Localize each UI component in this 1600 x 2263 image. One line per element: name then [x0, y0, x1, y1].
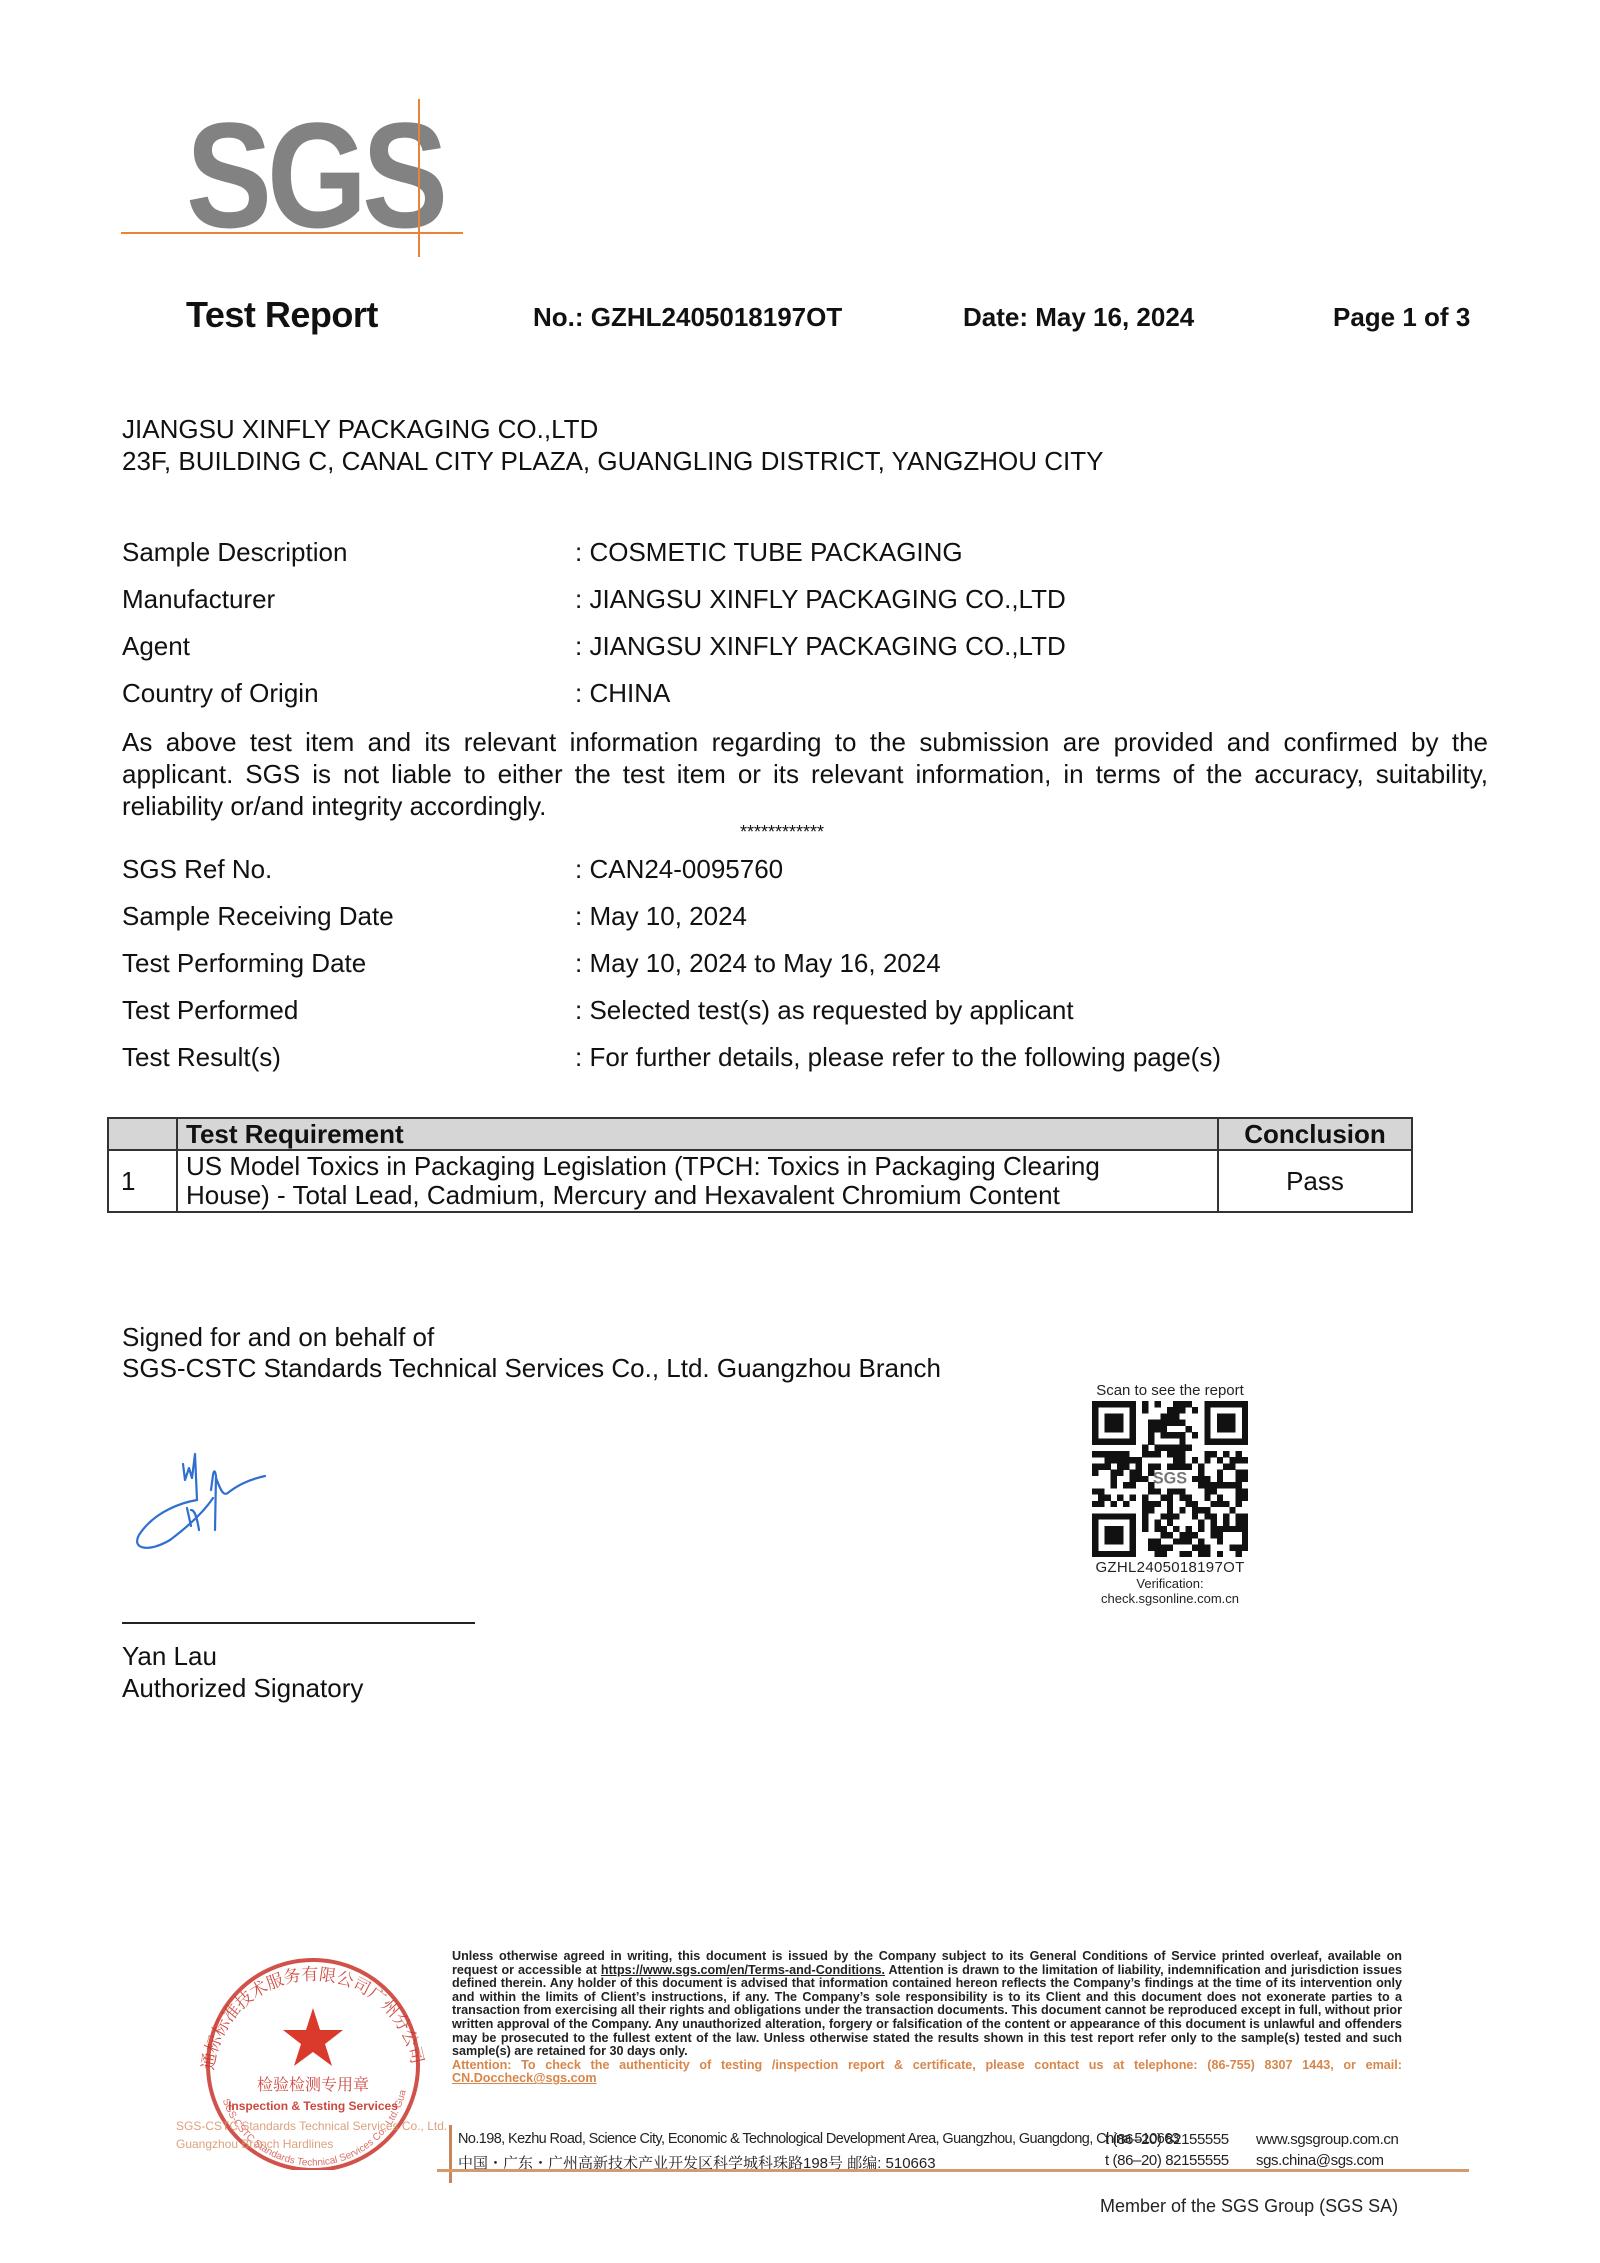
field-value-manufacturer: : JIANGSU XINFLY PACKAGING CO.,LTD	[575, 584, 1066, 615]
table-header-row: Test Requirement Conclusion	[108, 1118, 1412, 1150]
svg-text:Guangzhou Branch Hardlines: Guangzhou Branch Hardlines	[176, 2137, 333, 2151]
legal-terms-text: Unless otherwise agreed in writing, this…	[452, 1950, 1402, 2086]
header-conclusion: Conclusion	[1218, 1118, 1412, 1150]
page-indicator: Page 1 of 3	[1333, 302, 1470, 333]
field-value-country-of-origin: : CHINA	[575, 678, 670, 709]
field-value-test-performed: : Selected test(s) as requested by appli…	[575, 995, 1074, 1026]
row-conclusion: Pass	[1218, 1150, 1412, 1212]
signed-for-label: Signed for and on behalf of	[122, 1322, 434, 1353]
field-label-test-performing-date: Test Performing Date	[122, 948, 366, 979]
handwritten-signature	[125, 1430, 365, 1560]
signer-title: Authorized Signatory	[122, 1673, 363, 1704]
row-number: 1	[108, 1150, 177, 1212]
footer-telephone-2: t (86–20) 82155555	[1105, 2152, 1229, 2169]
field-label-sample-description: Sample Description	[122, 537, 347, 568]
footer-email-link[interactable]: sgs.china@sgs.com	[1256, 2152, 1384, 2169]
requirement-line-1: US Model Toxics in Packaging Legislation…	[186, 1152, 1209, 1181]
qr-caption: Scan to see the report	[1080, 1382, 1260, 1399]
qr-verification-label: Verification:	[1080, 1576, 1260, 1591]
signing-company: SGS-CSTC Standards Technical Services Co…	[122, 1353, 941, 1384]
sgs-logo: SGS	[0, 0, 500, 270]
sgs-logo-text: SGS	[186, 100, 443, 250]
field-label-sample-receiving-date: Sample Receiving Date	[122, 901, 394, 932]
applicant-address: 23F, BUILDING C, CANAL CITY PLAZA, GUANG…	[122, 446, 1103, 477]
field-value-test-results: : For further details, please refer to t…	[575, 1042, 1221, 1073]
logo-horizontal-rule	[121, 232, 463, 234]
header-test-requirement: Test Requirement	[177, 1118, 1218, 1150]
field-value-sgs-ref-no: : CAN24-0095760	[575, 854, 783, 885]
table-row: 1 US Model Toxics in Packaging Legislati…	[108, 1150, 1412, 1212]
logo-vertical-rule	[418, 99, 420, 257]
field-label-test-results: Test Result(s)	[122, 1042, 281, 1073]
field-value-sample-description: : COSMETIC TUBE PACKAGING	[575, 537, 963, 568]
terms-link[interactable]: https://www.sgs.com/en/Terms-and-Conditi…	[601, 1963, 885, 1977]
section-separator: ************	[740, 822, 824, 843]
footer-accent-bar	[449, 2125, 452, 2183]
field-label-manufacturer: Manufacturer	[122, 584, 275, 615]
report-number: No.: GZHL2405018197OT	[533, 302, 842, 333]
applicant-name: JIANGSU XINFLY PACKAGING CO.,LTD	[122, 414, 598, 445]
header-number	[108, 1118, 177, 1150]
field-label-country-of-origin: Country of Origin	[122, 678, 319, 709]
sgs-group-membership: Member of the SGS Group (SGS SA)	[1100, 2196, 1398, 2217]
company-seal-stamp: 通标标准技术服务有限公司广州分公司 检验检测专用章 Inspection & T…	[168, 1940, 458, 2170]
field-label-agent: Agent	[122, 631, 190, 662]
field-label-test-performed: Test Performed	[122, 995, 298, 1026]
field-value-test-performing-date: : May 10, 2024 to May 16, 2024	[575, 948, 941, 979]
field-value-sample-receiving-date: : May 10, 2024	[575, 901, 747, 932]
footer-rule	[437, 2169, 1469, 2172]
field-value-agent: : JIANGSU XINFLY PACKAGING CO.,LTD	[575, 631, 1066, 662]
doccheck-email-link[interactable]: CN.Doccheck@sgs.com	[452, 2071, 597, 2085]
footer-website-link[interactable]: www.sgsgroup.com.cn	[1256, 2131, 1398, 2148]
report-date: Date: May 16, 2024	[963, 302, 1194, 333]
footer-telephone-1: t (86–20) 82155555	[1105, 2131, 1229, 2148]
svg-text:SGS-CSTC Standards Technical S: SGS-CSTC Standards Technical Services Co…	[176, 2119, 447, 2133]
svg-text:Inspection & Testing Services: Inspection & Testing Services	[228, 2099, 398, 2113]
applicant-disclaimer: As above test item and its relevant info…	[122, 726, 1488, 822]
row-requirement: US Model Toxics in Packaging Legislation…	[177, 1150, 1218, 1212]
document-title: Test Report	[186, 294, 378, 336]
signer-name: Yan Lau	[122, 1641, 217, 1672]
field-label-sgs-ref-no: SGS Ref No.	[122, 854, 272, 885]
qr-code-icon[interactable]: SGS	[1092, 1401, 1248, 1557]
footer-address-en: No.198, Kezhu Road, Science City, Econom…	[458, 2131, 1179, 2147]
qr-report-id: GZHL2405018197OT	[1080, 1559, 1260, 1576]
legal-text-part-2: Attention is drawn to the limitation of …	[452, 1963, 1402, 2059]
results-table: Test Requirement Conclusion 1 US Model T…	[107, 1117, 1413, 1213]
qr-verification-url[interactable]: check.sgsonline.com.cn	[1080, 1591, 1260, 1606]
signature-line	[122, 1622, 475, 1624]
authenticity-notice: Attention: To check the authenticity of …	[452, 2059, 1402, 2086]
qr-verification-block: Scan to see the report SGS GZHL240501819…	[1080, 1382, 1260, 1606]
requirement-line-2: House) - Total Lead, Cadmium, Mercury an…	[186, 1181, 1209, 1210]
svg-text:SGS: SGS	[1153, 1469, 1187, 1487]
svg-text:检验检测专用章: 检验检测专用章	[257, 2075, 369, 2094]
authenticity-text: Attention: To check the authenticity of …	[452, 2058, 1402, 2072]
